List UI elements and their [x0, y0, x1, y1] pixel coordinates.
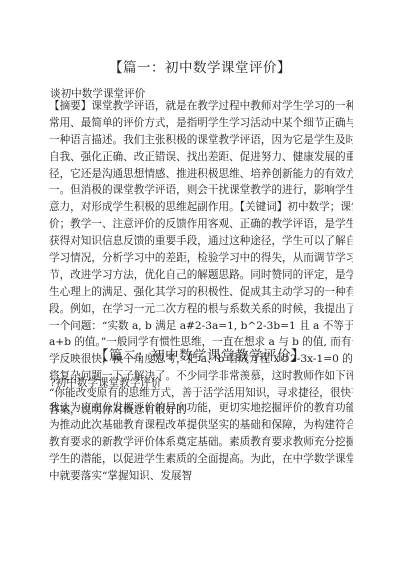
text-line: 价；教学一、注意评价的反馈作用客观、正确的教学评语，是学生及时	[49, 216, 353, 233]
text-line: 常用、最简单的评价方式，是指明学生学习活动中某个细节正确与否的	[49, 115, 353, 132]
text-line: 一种语言描述。我们主张积极的课堂教学评语，因为它是学生及时了解	[49, 132, 353, 149]
text-line: 一。但消极的课堂教学评语，则会干扰课堂教学的进行，影响学生的注	[49, 182, 353, 199]
text-line: 我认为应充分发挥评价的导向功能，更切实地挖掘评价的教育功能，	[49, 400, 353, 417]
section2-subtitle: ?初中数学课堂教学评价	[50, 375, 162, 390]
text-line: 中就要落实“掌握知识、发展智	[49, 468, 353, 485]
section2-heading: 【篇二：初中数学课堂教学评价】	[0, 344, 400, 364]
text-line: 生心理上的满足、强化其学习的积极性、促成其主动学习的一种有效手	[49, 284, 353, 301]
text-line: 学习情况，分析学习中的差距，检验学习中的得失，从而调节学习过程	[49, 250, 353, 267]
text-line: 自我、强化正确、改正错误、找出差距、促进努力、健康发展的重要途	[49, 149, 353, 166]
text-line: 一个问题：“实数 a, b 满足 a#2-3a=1, b^2-3b=1 且 a …	[49, 318, 353, 335]
text-line: 节，改进学习方法，优化自己的解题思路。同时赞同的评定，是学生产	[49, 267, 353, 284]
text-line: 意力，对形成学生积极的思维起副作用。【关键词】初中数学；课堂评	[49, 199, 353, 216]
section1-heading: 【篇一：初中数学课堂评价】	[0, 56, 400, 76]
text-line: 获得对知识信息反馈的重要手段，通过这种途径，学生可以了解自己的	[49, 233, 353, 250]
text-line: 教育要求的新教学评价体系奠定基础。素质教育要求教师充分挖掘每个	[49, 434, 353, 451]
text-line: 径，它还是沟通思想情感、推进积极思维、培养创新能力的有效方法之	[49, 166, 353, 183]
section1-body: 【摘要】课堂教学评语，就是在教学过程中教师对学生学习的一种最 常用、最简单的评价…	[49, 98, 353, 419]
text-line: 段。例如，在学习一元二次方程的根与系数关系的时候，我提出了这样	[49, 301, 353, 318]
section2-body: 我认为应充分发挥评价的导向功能，更切实地挖掘评价的教育功能， 为推动此次基础教育…	[49, 400, 353, 484]
text-line: 为推动此次基础教育课程改革提供坚实的基础和保障，为构建符合素质	[49, 417, 353, 434]
text-line: 学生的潜能，以促进学生素质的全面提高。为此，在中学数学课堂教学	[49, 451, 353, 468]
document-page: 【篇一：初中数学课堂评价】 谈初中数学课堂评价 【摘要】课堂教学评语，就是在教学…	[0, 0, 400, 565]
text-line: 【摘要】课堂教学评语，就是在教学过程中教师对学生学习的一种最	[49, 98, 353, 115]
